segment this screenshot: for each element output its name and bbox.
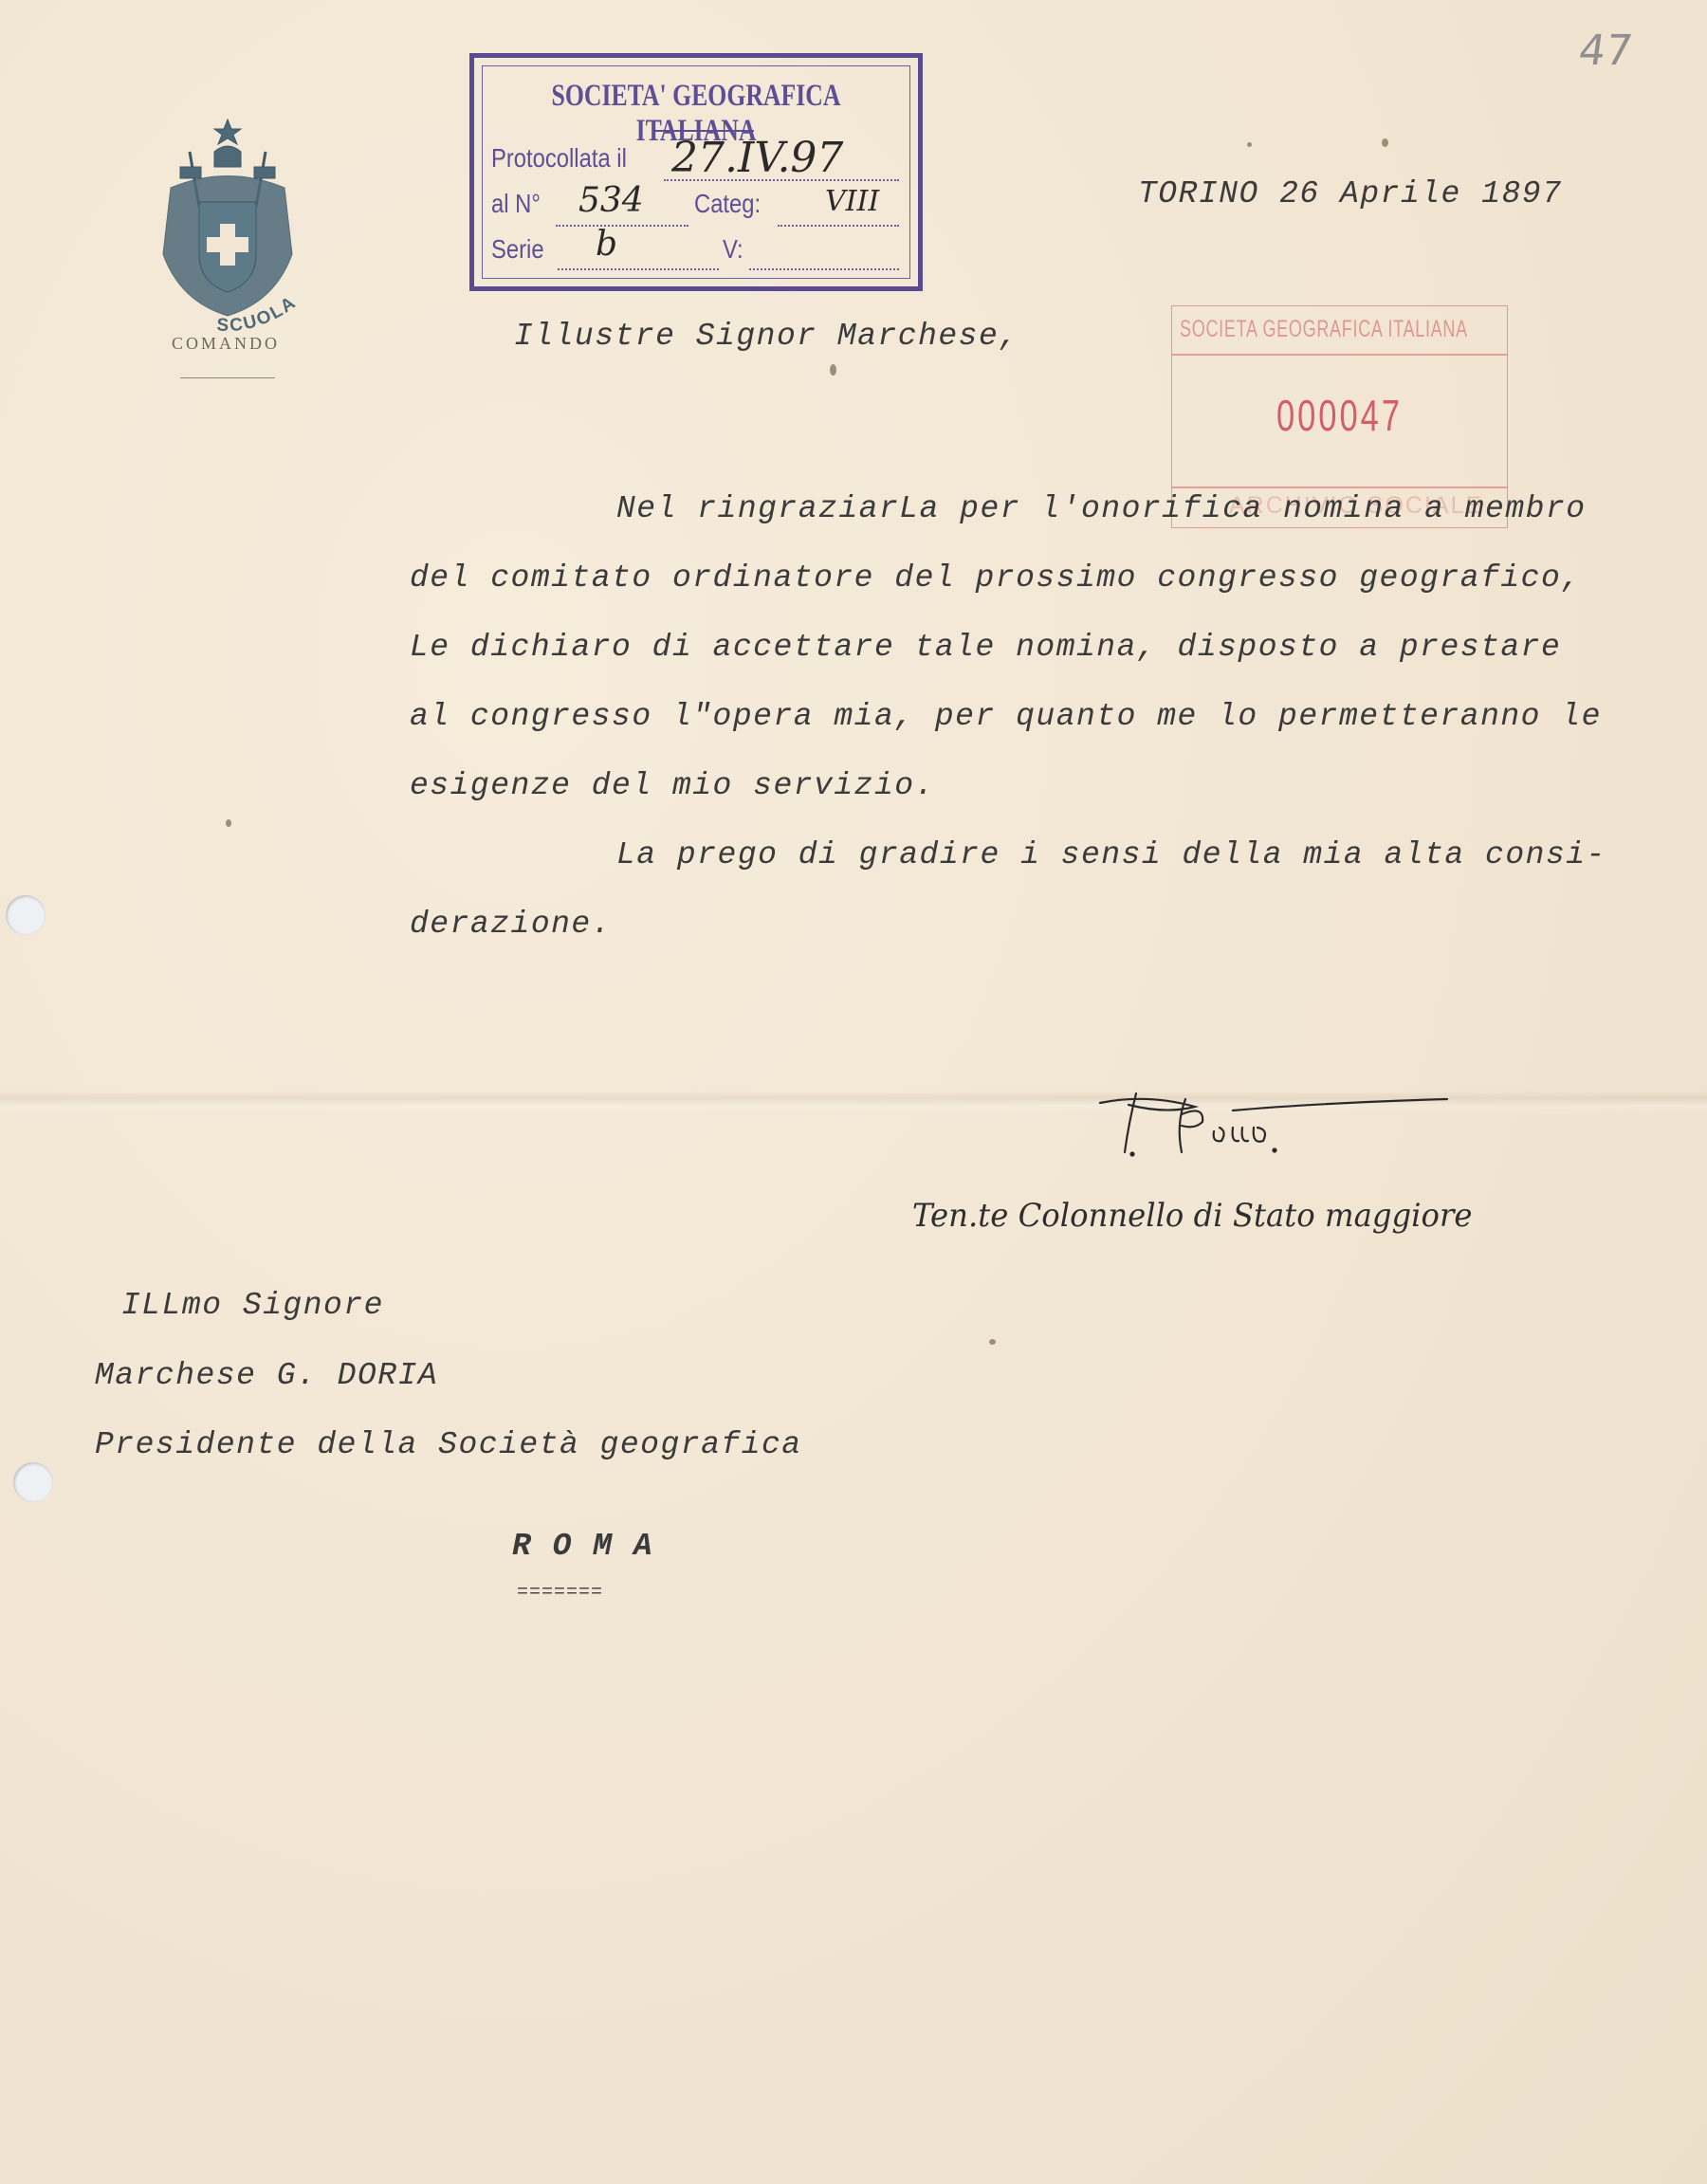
body-line-3: Le dichiaro di accettare tale nomina, di… [410, 630, 1561, 665]
serie-value: b [596, 225, 617, 264]
recipient-line-3: Presidente della Società geografica [95, 1427, 802, 1462]
body-line-7: derazione. [410, 907, 612, 942]
body-line-2: del comitato ordinatore del prossimo con… [410, 560, 1582, 596]
signature-name: C. Porro. [1119, 1166, 1123, 1167]
numero-label: al N° [491, 189, 541, 219]
archive-stamp-divider [1172, 354, 1507, 356]
punch-hole-bottom [13, 1462, 53, 1502]
categoria-value: VIII [825, 185, 879, 218]
signature-icon [1091, 1086, 1451, 1162]
recipient-city-underline: ======= [517, 1582, 603, 1604]
body-line-6: La prego di gradire i sensi della mia al… [616, 837, 1606, 872]
salutation: Illustre Signor Marchese, [514, 319, 1019, 354]
recipient-line-1: ILLmo Signore [121, 1288, 384, 1323]
paper-speck [1247, 142, 1252, 147]
punch-hole-top [6, 895, 46, 935]
body-line-4: al congresso l"opera mia, per quanto me … [410, 699, 1602, 734]
serie-dotted-line [558, 268, 719, 270]
body-line-5: esigenze del mio servizio. [410, 768, 935, 803]
paper-speck [226, 819, 231, 827]
categoria-label: Categ: [694, 189, 761, 219]
signature-title: Ten.te Colonnello di Stato maggiore [912, 1197, 1473, 1235]
protocollata-value: 27.IV.97 [671, 134, 843, 182]
letter-page: SCUOLA DI GUERRA COMANDO SOCIETA' GEOGRA… [0, 0, 1707, 2184]
letterhead-department: COMANDO [159, 334, 292, 354]
coat-of-arms-icon: SCUOLA DI GUERRA [133, 112, 322, 396]
paper-speck [989, 1339, 996, 1345]
paper-speck [830, 364, 836, 376]
v-dotted-line [749, 268, 899, 270]
place-date: TORINO 26 Aprile 1897 [1138, 176, 1562, 211]
numero-dotted-line [556, 225, 688, 227]
recipient-city: R O M A [512, 1529, 653, 1564]
serie-label: Serie [491, 234, 544, 265]
paper-speck [1382, 138, 1388, 147]
archive-stamp-divider [1172, 486, 1507, 488]
page-number: 47 [1575, 27, 1635, 75]
protocollata-label: Protocollata il [491, 143, 627, 174]
archive-stamp-header: SOCIETA GEOGRAFICA ITALIANA [1180, 316, 1412, 343]
letterhead-rule [180, 377, 275, 378]
body-line-1: Nel ringraziarLa per l'onorifica nomina … [616, 491, 1587, 526]
numero-value: 534 [578, 181, 644, 220]
v-label: V: [723, 234, 743, 265]
categoria-dotted-line [778, 225, 899, 227]
protocol-stamp-rule [654, 130, 754, 132]
protocol-stamp: SOCIETA' GEOGRAFICA ITALIANA Protocollat… [469, 53, 923, 291]
archive-stamp-number: 000047 [1214, 390, 1465, 441]
recipient-line-2: Marchese G. DORIA [95, 1358, 438, 1393]
